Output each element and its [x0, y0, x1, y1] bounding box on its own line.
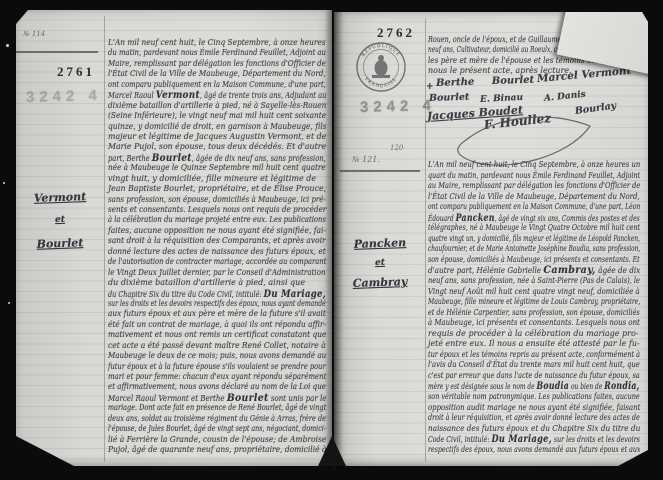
manuscript-line: vingt huit, y domiciliée, fille mineure …: [108, 174, 326, 184]
manuscript-line: du matin, pardevant nous Émile Ferdinand…: [108, 48, 295, 58]
manuscript-line: le Vingt Deux Juillet dernier, par le Co…: [108, 268, 302, 278]
manuscript-line: Pujol, âgé de quarante neuf ans, proprié…: [108, 445, 313, 455]
signature: Bourlet: [429, 92, 470, 104]
manuscript-line: quart du matin, pardevant nous Émile Fer…: [428, 171, 597, 182]
manuscript-line: aux futurs époux et aux père et mère de …: [108, 309, 309, 319]
archive-stamp-left: 3242 4: [26, 87, 102, 106]
manuscript-line: quatre vingt un, y domicilié, fils majeu…: [428, 234, 581, 245]
manuscript-line: opposition audit mariage ne nous ayant é…: [428, 403, 611, 414]
paper-speck: [3, 182, 5, 184]
manuscript-line: L'An mil neuf cent huit, le Cinq Septemb…: [428, 160, 609, 171]
manuscript-line: droit à leur réquisition, et après avoir…: [428, 413, 598, 424]
manuscript-line: dixième bataillon d'artillerie à pied, n…: [108, 101, 307, 111]
manuscript-line: futur époux et à la future épouse s'ils …: [108, 362, 291, 372]
margin-couple-names-right: PanckenetCambray: [338, 234, 422, 293]
manuscript-line: (Seine Inférieure), le vingt neuf mai mi…: [108, 111, 309, 121]
manuscript-line: chaufournier, et de Marie Antoinette Jos…: [428, 244, 582, 255]
manuscript-line: mari et pour femme: chacun d'eux ayant r…: [108, 372, 297, 382]
manuscript-line: jeté entre eux. Il nous a ensuite été at…: [428, 339, 638, 350]
manuscript-line: Code Civil, intitulé: Du Mariage, sur le…: [428, 434, 594, 445]
manuscript-line: requis de procéder à la célébration du m…: [428, 329, 640, 340]
paper-speck: [6, 44, 9, 47]
manuscript-line: tur époux et les témoins repris au prése…: [428, 350, 600, 361]
manuscript-line: et affirmativement, nous avons déclaré a…: [108, 382, 301, 392]
manuscript-line: mariage. Dont acte fait en présence de R…: [108, 403, 285, 413]
manuscript-line: Marcel Raoul Vermont, âgé de trente troi…: [108, 90, 290, 100]
signature: Marcel Vermont: [536, 65, 631, 85]
manuscript-line: Jean Baptiste Bourlet, propriétaire, et …: [108, 184, 322, 194]
manuscript-line: Marcel Raoul Vermont et Berthe Bourlet s…: [108, 393, 300, 403]
signature: A. Danis: [543, 90, 586, 104]
paper-speck: [8, 302, 10, 304]
manuscript-line: Marie Pujol, son épouse, tous deux décéd…: [108, 142, 321, 152]
manuscript-line: et de Hélénie Carpentier, sans professio…: [428, 308, 598, 319]
manuscript-line: sant droit à la réquisition des Comparan…: [108, 236, 312, 246]
margin-divider-rule: [16, 51, 98, 53]
manuscript-line: l'avis du Conseil d'État du trente mars …: [428, 360, 608, 371]
manuscript-line: au Maire, remplissant par délégation les…: [428, 181, 603, 192]
manuscript-line: sents et consentants. Lesquels nous ont …: [108, 205, 305, 215]
manuscript-line: neuf ans, sans profession, née à Saint-P…: [428, 276, 604, 287]
margin-name: Pancken: [338, 233, 423, 255]
right-page: 2e feuillet. 2762 RÉPUBLIQUE FRANÇAISE 3…: [334, 12, 648, 466]
manuscript-line: mère y est désignée sous le nom de Boudi…: [428, 381, 585, 392]
manuscript-line: majeur et légitime de Jacques Augustin V…: [108, 132, 322, 142]
emphasized-name: Cambray,: [543, 264, 595, 276]
signature: +: [426, 82, 434, 92]
manuscript-line: Maubeuge le deux de ce mois; puis, nous …: [108, 351, 302, 361]
manuscript-line: Maubeuge, fille mineure et légitime de L…: [428, 297, 590, 308]
margin-couple-names-left: VermontetBourlet: [22, 186, 98, 255]
manuscript-line: de l'autorisation de contracter mariage,…: [108, 257, 291, 267]
manuscript-line: Vingt neuf Août mil huit cent quatre vin…: [428, 287, 611, 298]
folio-number-note: № 114: [23, 30, 45, 38]
manuscript-line: part, Berthe Bourlet, âgée de dix neuf a…: [108, 153, 291, 163]
gutter-bottom-shadow: [318, 436, 346, 466]
margin-name: Cambray: [338, 272, 423, 294]
left-page: № 114 2761 3242 4 VermontetBourlet L'An …: [16, 10, 332, 466]
manuscript-line: à la célébration du mariage projeté entr…: [108, 215, 294, 225]
manuscript-line: été fait un contrat de mariage, à quoi i…: [108, 320, 308, 330]
manuscript-line: Maire, remplissant par délégation les fo…: [108, 59, 302, 69]
manuscript-line: Édouard Pancken, âgé de vingt six ans, C…: [428, 213, 585, 224]
margin-name: Vermont: [22, 185, 99, 211]
manuscript-line: l'État Civil de la Ville de Maubeuge, Dé…: [428, 192, 614, 203]
manuscript-line: faites, aucune opposition ne nous ayant …: [108, 226, 314, 236]
manuscript-line: c'est par erreur que dans l'acte de nais…: [428, 371, 602, 382]
manuscript-line: d'autre part, Hélénie Gabrielle Cambray,…: [428, 265, 620, 276]
manuscript-line: née à Maubeuge le Quinze Septembre mil h…: [108, 163, 307, 173]
manuscript-line: donné lecture des actes de naissance des…: [108, 247, 310, 257]
manuscript-line: sans profession, son épouse, domiciliés …: [108, 195, 301, 205]
manuscript-line: deux ans, soldat au troisième régiment d…: [108, 414, 286, 424]
signature: Berthe Bourlet: [436, 75, 535, 89]
manuscript-line: son véritable nom patronymique. Les publ…: [428, 392, 599, 403]
manuscript-line: télégraphes, né à Maubeuge le Vingt Quat…: [428, 223, 594, 234]
manuscript-line: L'An mil neuf cent huit, le Cinq Septemb…: [108, 38, 309, 48]
manuscript-line: l'État Civil de la Ville de Maubeuge, Dé…: [108, 69, 305, 79]
manuscript-line: mativement et nous ont remis un certific…: [108, 330, 309, 340]
emphasized-name: Bourlet: [152, 152, 192, 164]
manuscript-line: ont comparu publiquement en la Maison Co…: [428, 202, 589, 213]
page-number-left: 2761: [41, 64, 111, 80]
emphasized-name: Vermont: [156, 89, 200, 101]
emphasized-name: Boudia: [537, 380, 570, 392]
manuscript-line: à Maubeuge, ici présents et consentants.…: [428, 318, 613, 329]
emphasized-name: Rondia,: [604, 380, 639, 392]
manuscript-line: lié à Ferrière la Grande, cousin de l'ép…: [108, 435, 314, 445]
manuscript-line: l'épouse, de Jules Bourlet, âgé de vingt…: [108, 424, 281, 434]
margin-name: et: [22, 208, 99, 234]
manuscript-line: respectifs des époux, nous avons demandé…: [428, 445, 594, 456]
manuscript-line: quinze, y domicilié de droit, en garniso…: [108, 122, 312, 132]
emphasized-name: Du Mariage,: [491, 433, 551, 445]
emphasized-name: Pancken: [456, 212, 495, 224]
manuscript-line: du Chapitre Six du titre du Code Civil, …: [108, 289, 284, 299]
marriage-act-vermont-bourlet: L'An mil neuf cent huit, le Cinq Septemb…: [108, 38, 326, 456]
register-scan: № 114 2761 3242 4 VermontetBourlet L'An …: [0, 0, 663, 480]
left-page-margin-rule: [104, 16, 105, 462]
manuscript-line: ont comparu publiquement en la Maison Co…: [108, 80, 292, 90]
margin-name: Bourlet: [22, 231, 99, 257]
marriage-act-pancken-cambray: L'An mil neuf cent huit, le Cinq Septemb…: [428, 160, 640, 455]
emphasized-name: Bourlet: [227, 392, 269, 404]
manuscript-line: sur les droits et les devoirs respectifs…: [108, 299, 275, 309]
manuscript-line: cet acte a été passé devant maître René …: [108, 341, 314, 351]
emphasized-name: Du Mariage,: [264, 288, 326, 300]
